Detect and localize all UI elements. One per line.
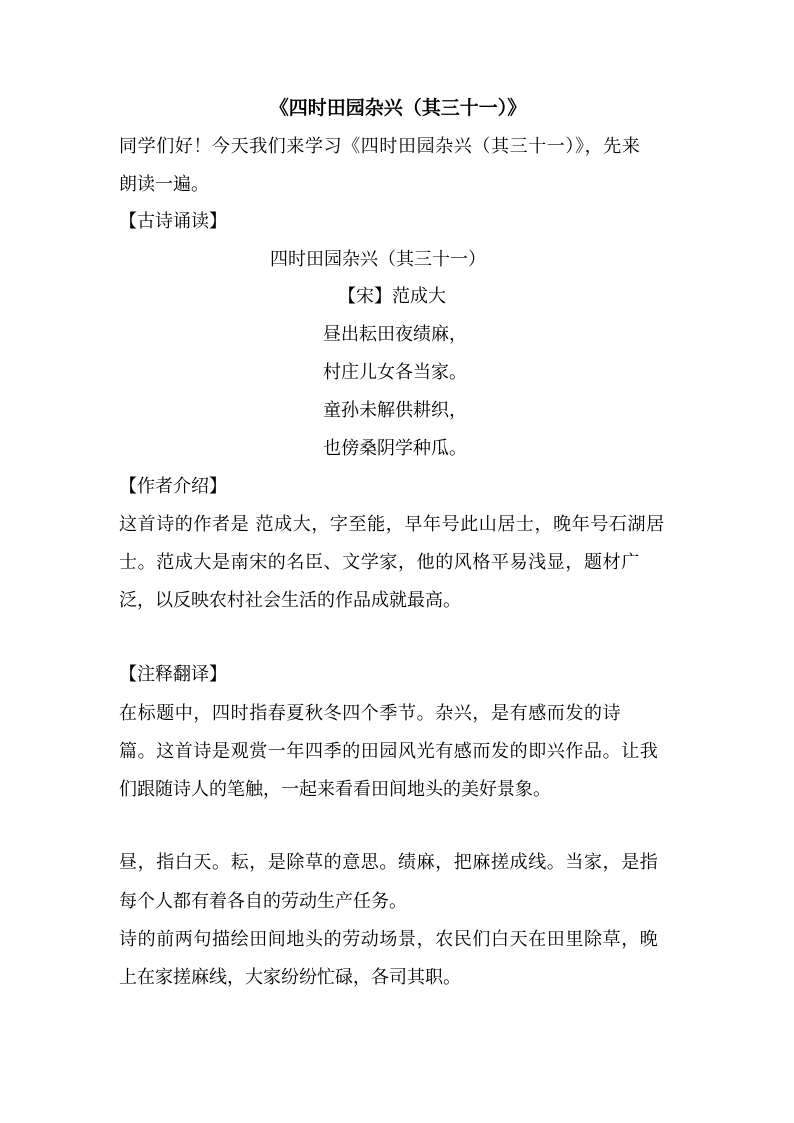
section-heading-author: 【作者介绍】 xyxy=(119,475,677,499)
author-line: 这首诗的作者是 范成大，字至能，早年号此山居士，晚年号石湖居 xyxy=(119,513,677,537)
poem-author: 【宋】范成大 xyxy=(113,285,671,309)
poem-line: 也傍桑阴学种瓜。 xyxy=(323,437,794,461)
section-heading-annotation: 【注释翻译】 xyxy=(119,663,677,687)
annotation-line: 篇。这首诗是观赏一年四季的田园风光有感而发的即兴作品。让我 xyxy=(119,740,677,764)
intro-line: 朗读一遍。 xyxy=(119,173,677,197)
annotation-line: 在标题中，四时指春夏秋冬四个季节。杂兴，是有感而发的诗 xyxy=(119,702,677,726)
annotation-line: 昼，指白天。耘，是除草的意思。绩麻，把麻搓成线。当家，是指 xyxy=(119,851,677,875)
poem-line: 童孙未解供耕织， xyxy=(323,399,794,423)
annotation-line: 诗的前两句描绘田间地头的劳动场景，农民们白天在田里除草，晚 xyxy=(119,928,677,952)
annotation-line: 每个人都有着各自的劳动生产任务。 xyxy=(119,890,677,914)
intro-line: 同学们好！今天我们来学习《四时田园杂兴（其三十一）》，先来 xyxy=(119,135,677,159)
section-heading-recitation: 【古诗诵读】 xyxy=(119,210,677,234)
poem-line: 昼出耘田夜绩麻， xyxy=(323,323,794,347)
poem-line: 村庄儿女各当家。 xyxy=(323,361,794,385)
annotation-line: 们跟随诗人的笔触，一起来看看田间地头的美好景象。 xyxy=(119,778,677,802)
poem-title: 四时田园杂兴（其三十一） xyxy=(99,248,657,272)
document-title: 《四时田园杂兴（其三十一）》 xyxy=(119,96,677,120)
author-line: 泛，以反映农村社会生活的作品成就最高。 xyxy=(119,589,677,613)
annotation-line: 上在家搓麻线，大家纷纷忙碌，各司其职。 xyxy=(119,966,677,990)
author-line: 士。范成大是南宋的名臣、文学家，他的风格平易浅显，题材广 xyxy=(119,551,677,575)
